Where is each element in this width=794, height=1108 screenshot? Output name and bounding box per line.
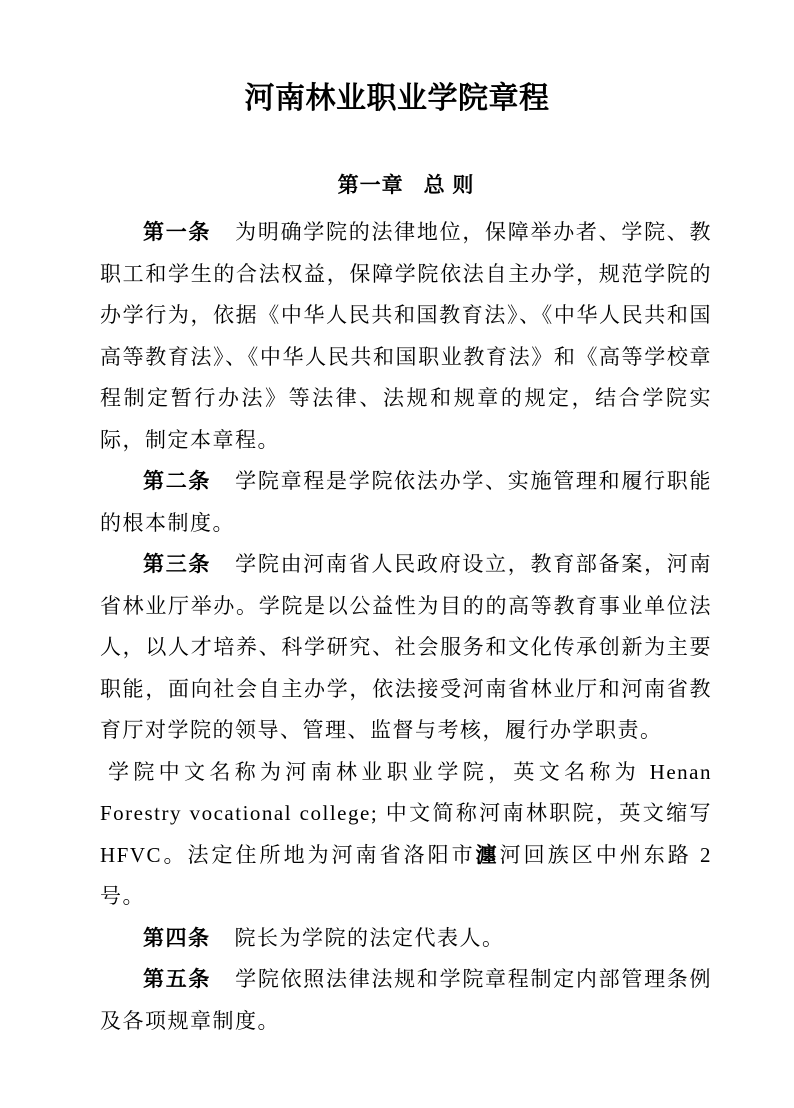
article-1-text: 为明确学院的法律地位，保障举办者、学院、教职工和学生的合法权益，保障学院依法自主… <box>100 220 712 452</box>
article-4-text: 院长为学院的法定代表人。 <box>235 926 505 950</box>
article-1-label: 第一条 <box>143 221 211 244</box>
chapter-number: 第一章 <box>338 174 404 197</box>
article-4-paragraph: 第四条院长为学院的法定代表人。 <box>100 918 712 960</box>
article-3-paragraph: 第三条学院由河南省人民政府设立，教育部备案，河南省林业厅举办。学院是以公益性为目… <box>100 544 712 752</box>
article-1-paragraph: 第一条为明确学院的法律地位，保障举办者、学院、教职工和学生的合法权益，保障学院依… <box>100 212 712 461</box>
article-5-paragraph: 第五条学院依照法律法规和学院章程制定内部管理条例及各项规章制度。 <box>100 959 712 1042</box>
article-3-text: 学院由河南省人民政府设立，教育部备案，河南省林业厅举办。学院是以公益性为目的的高… <box>100 552 712 742</box>
document-page: 河南林业职业学院章程 第一章总 则 第一条为明确学院的法律地位，保障举办者、学院… <box>0 0 794 1108</box>
article-3-label: 第三条 <box>143 553 211 576</box>
college-name-paragraph: 学院中文名称为河南林业职业学院，英文名称为 Henan Forestry voc… <box>100 752 712 918</box>
article-5-label: 第五条 <box>143 968 211 991</box>
article-2-paragraph: 第二条学院章程是学院依法办学、实施管理和履行职能的根本制度。 <box>100 461 712 544</box>
college-name-emphasized-char: 瀍 <box>476 843 500 867</box>
document-title: 河南林业职业学院章程 <box>0 0 794 114</box>
article-4-label: 第四条 <box>143 927 211 950</box>
chapter-heading: 第一章总 则 <box>100 172 712 200</box>
article-2-label: 第二条 <box>143 470 211 493</box>
chapter-title: 总 则 <box>424 174 475 197</box>
document-body: 第一章总 则 第一条为明确学院的法律地位，保障举办者、学院、教职工和学生的合法权… <box>100 172 712 1042</box>
